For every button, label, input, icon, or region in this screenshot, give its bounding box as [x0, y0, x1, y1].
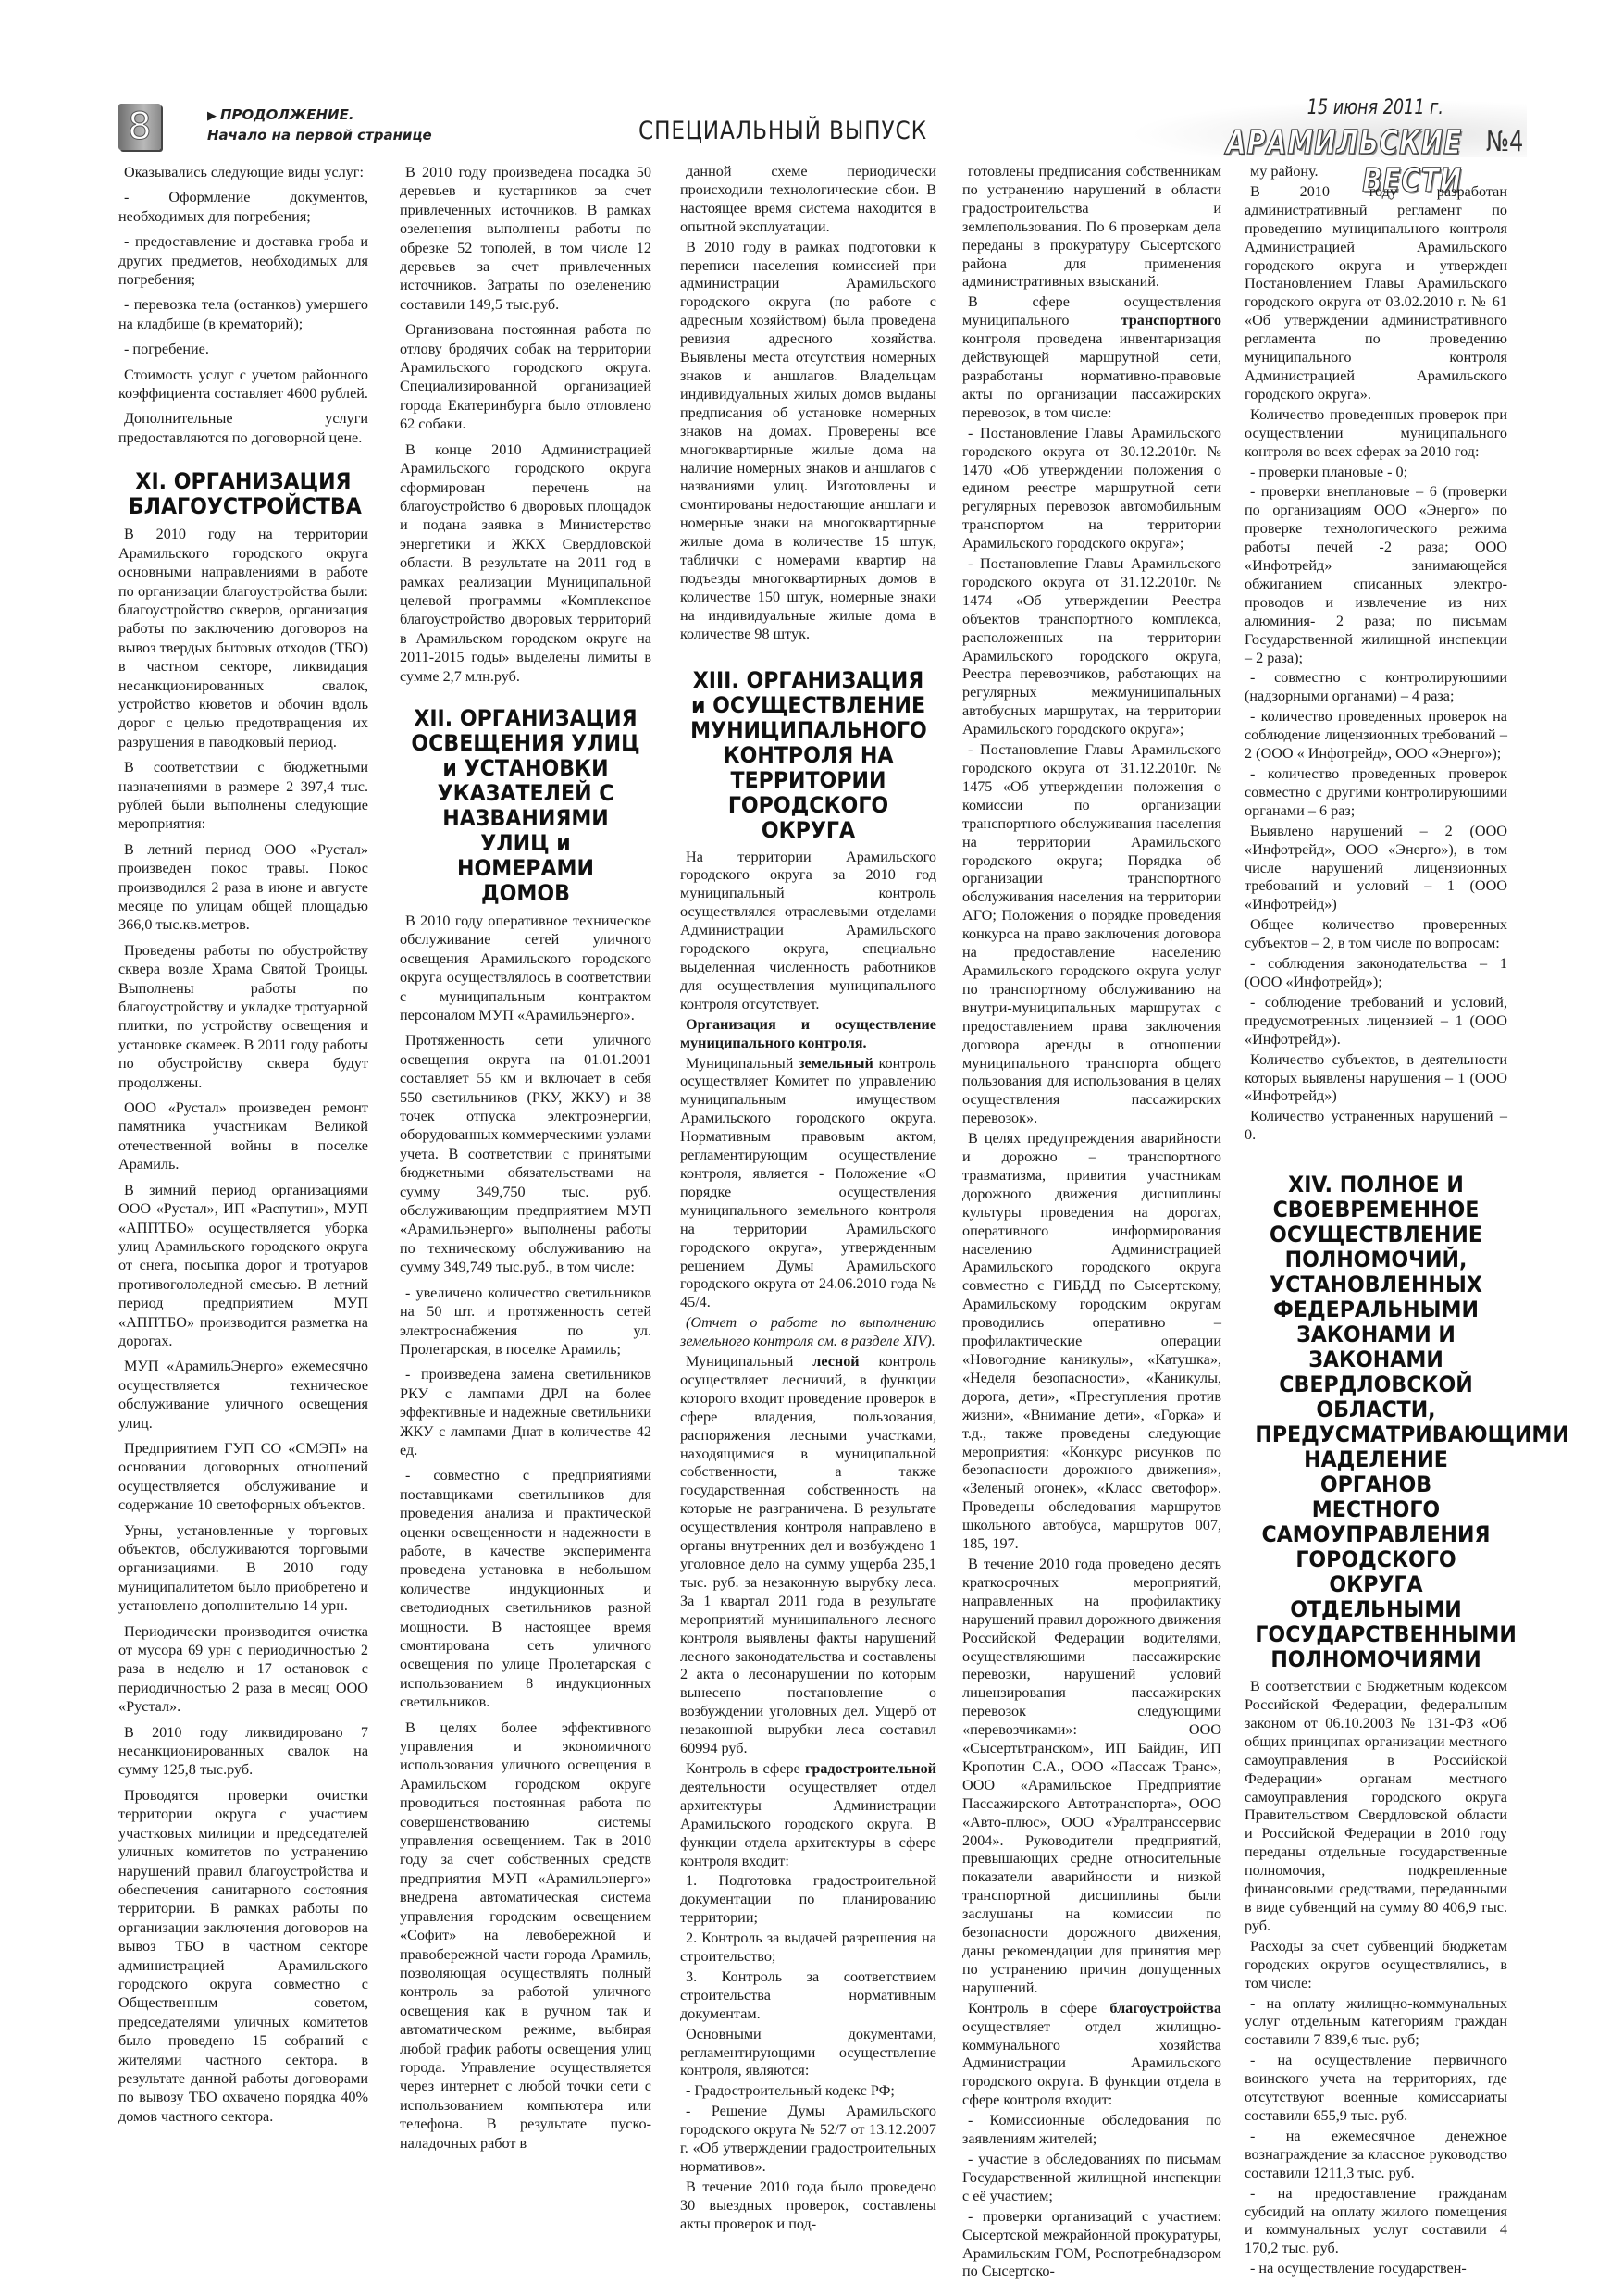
paragraph: Дополнительные услуги предоставляются по…	[118, 409, 368, 447]
column-4: готовлены предписания собственникам по у…	[962, 163, 1221, 2283]
continuation-note: ▶ПРОДОЛЖЕНИЕ. Начало на первой странице	[207, 105, 432, 144]
paragraph: Проводятся проверки очистки территории о…	[118, 1786, 368, 2126]
paragraph: Оказывались следующие виды услуг:	[118, 163, 368, 181]
paragraph: В летний период ООО «Рустал» произведен …	[118, 840, 368, 935]
paragraph: - проверки плановые - 0;	[1245, 464, 1507, 482]
paragraph: - на оплату жилищно-коммунальных услуг о…	[1245, 1995, 1507, 2051]
paragraph: - проверки организаций с участием: Сысер…	[962, 2208, 1221, 2282]
paragraph: МУП «АрамильЭнерго» ежемесячно осуществл…	[118, 1357, 368, 1433]
section-heading-xii: XII. ОРГАНИЗАЦИЯ ОСВЕЩЕНИЯ УЛИЦ и УСТАНО…	[410, 706, 641, 906]
paragraph-improvement-control: Контроль в сфере благоустройства осущест…	[962, 2000, 1221, 2110]
paragraph: Выявлено нарушений – 2 (ООО «Инфотрейд»,…	[1245, 823, 1507, 915]
paragraph: В зимний период организациями ООО «Руста…	[118, 1181, 368, 1351]
paragraph: В 2010 году оперативное техническое обсл…	[400, 912, 651, 1024]
paragraph: - проверки внеплановые – 6 (проверки по …	[1245, 483, 1507, 667]
section-heading-xiii: XIII. ОРГАНИЗАЦИЯ и ОСУЩЕСТВЛЕНИЕ МУНИЦИ…	[690, 668, 926, 843]
paragraph: - на предоставление гражданам субсидий н…	[1245, 2185, 1507, 2259]
paragraph: данной схеме периодически происходили те…	[680, 163, 936, 237]
paragraph: - Решение Думы Арамильского городского о…	[680, 2103, 936, 2177]
paragraph: Предприятием ГУП СО «СМЭП» на основании …	[118, 1439, 368, 1515]
paragraph-transport-control: В сфере осуществления муниципального тра…	[962, 293, 1221, 422]
paragraph-forest-control: Муниципальный лесной контроль осуществля…	[680, 1353, 936, 1758]
column-2: В 2010 году произведена посадка 50 дерев…	[400, 163, 651, 2159]
paragraph: В целях предупреждения аварийности и дор…	[962, 1130, 1221, 1554]
column-3: данной схеме периодически происходили те…	[680, 163, 936, 2236]
paragraph: Протяженность сети уличного освещения ок…	[400, 1031, 651, 1276]
paragraph: Расходы за счет субвенций бюджетам город…	[1245, 1938, 1507, 1993]
paragraph: Количество проведенных проверок при осущ…	[1245, 406, 1507, 462]
paragraph: - Постановление Главы Арамильского город…	[962, 425, 1221, 553]
column-1: Оказывались следующие виды услуг: - Офор…	[118, 163, 368, 2132]
paragraph: Проведены работы по обустройству сквера …	[118, 941, 368, 1092]
paragraph: В 2010 году произведена посадка 50 дерев…	[400, 163, 651, 314]
issue-number: №4	[1486, 126, 1523, 158]
paragraph: В целях более эффективного управления и …	[400, 1719, 651, 2153]
paragraph: На территории Арамильского городского ок…	[680, 849, 936, 1014]
paragraph: Урны, установленные у торговых объектов,…	[118, 1521, 368, 1616]
paragraph: - Градостроительный кодекс РФ;	[680, 2082, 936, 2101]
paragraph: - предоставление и доставка гроба и друг…	[118, 232, 368, 289]
paragraph: 3. Контроль за соответствием строительст…	[680, 1968, 936, 2024]
paragraph: Организована постоянная работа по отлову…	[400, 320, 651, 433]
paragraph: В соответствии с Бюджетным кодексом Росс…	[1245, 1678, 1507, 1936]
paragraph: ООО «Рустал» произведен ремонт памятника…	[118, 1098, 368, 1174]
paragraph: В соответствии с бюджетными назначениями…	[118, 758, 368, 834]
paragraph: - совместно с предприятиями поставщиками…	[400, 1466, 651, 1711]
paragraph-urban-control: Контроль в сфере градостроительной деяте…	[680, 1760, 936, 1870]
subheading: Организация и осуществление муниципально…	[680, 1016, 936, 1053]
paragraph: В конце 2010 Администрацией Арамильского…	[400, 441, 651, 686]
paragraph: Количество субъектов, в деятельности кот…	[1245, 1051, 1507, 1107]
paragraph-note: (Отчет о работе по выполнению земельного…	[680, 1314, 936, 1351]
continuation-subtitle: Начало на первой странице	[207, 126, 432, 144]
paragraph: - количество проведенных проверок совмес…	[1245, 765, 1507, 821]
paragraph: В 2010 году разработан административный …	[1245, 183, 1507, 404]
section-title: СПЕЦИАЛЬНЫЙ ВЫПУСК	[638, 117, 927, 145]
paragraph: - Комиссионные обследования по заявления…	[962, 2112, 1221, 2149]
paragraph: - погребение.	[118, 340, 368, 358]
paragraph: 1. Подготовка градостроительной документ…	[680, 1872, 936, 1928]
paragraph: - на осуществление государствен-	[1245, 2260, 1507, 2278]
paragraph: - количество проведенных проверок на соб…	[1245, 708, 1507, 763]
paragraph: Основными документами, регламентирующими…	[680, 2026, 936, 2081]
page-number: 8	[118, 104, 161, 150]
paragraph: - Постановление Главы Арамильского город…	[962, 555, 1221, 739]
paragraph: Стоимость услуг с учетом районного коэфф…	[118, 366, 368, 403]
paragraph: В 2010 году в рамках подготовки к перепи…	[680, 239, 936, 644]
column-5: му району. В 2010 году разработан админи…	[1245, 163, 1507, 2280]
paragraph: - совместно с контролирующими (надзорным…	[1245, 669, 1507, 706]
page-number-badge: 8	[118, 104, 161, 150]
masthead: 15 июня 2011 г. АРАМИЛЬСКИЕ ВЕСТИ №4	[1129, 100, 1527, 157]
section-heading-xiv: XIV. ПОЛНОЕ И СВОЕВРЕМЕННОЕ ОСУЩЕСТВЛЕНИ…	[1255, 1173, 1496, 1672]
continuation-title: ПРОДОЛЖЕНИЕ.	[220, 106, 354, 123]
paragraph: В 2010 году ликвидировано 7 несанкционир…	[118, 1723, 368, 1780]
issue-date: 15 июня 2011 г.	[1307, 96, 1443, 119]
paragraph: готовлены предписания собственникам по у…	[962, 163, 1221, 292]
paragraph: Количество устраненных нарушений – 0.	[1245, 1108, 1507, 1145]
paragraph: - Оформление документов, необходимых для…	[118, 188, 368, 226]
paragraph: Периодически производится очистка от мус…	[118, 1622, 368, 1717]
paragraph-land-control: Муниципальный земельный контроль осущест…	[680, 1055, 936, 1313]
paragraph: - на ежемесячное денежное вознаграждение…	[1245, 2128, 1507, 2183]
paragraph: 2. Контроль за выдачей разрешения на стр…	[680, 1930, 936, 1967]
section-heading-xi: XI. ОРГАНИЗАЦИЯ БЛАГОУСТРОЙСТВА	[129, 469, 358, 519]
paragraph: - соблюдение требований и условий, преду…	[1245, 994, 1507, 1049]
paragraph: Общее количество проверенных субъектов –…	[1245, 916, 1507, 953]
paragraph: - произведена замена светильников РКУ с …	[400, 1365, 651, 1459]
paragraph: - перевозка тела (останков) умершего на …	[118, 295, 368, 333]
paragraph: - увеличено количество светильников на 5…	[400, 1284, 651, 1359]
paragraph: В течение 2010 года было проведено 30 вы…	[680, 2178, 936, 2234]
paragraph: - соблюдения законодательства – 1 (ООО «…	[1245, 955, 1507, 992]
paragraph: му району.	[1245, 163, 1507, 181]
newspaper-page: 8 ▶ПРОДОЛЖЕНИЕ. Начало на первой страниц…	[0, 0, 1623, 2296]
paragraph: - участие в обследованиях по письмам Гос…	[962, 2151, 1221, 2206]
paragraph: В течение 2010 года проведено десять кра…	[962, 1556, 1221, 1998]
paragraph: В 2010 году на территории Арамильского г…	[118, 525, 368, 751]
paragraph: - Постановление Главы Арамильского город…	[962, 741, 1221, 1128]
page-header: 8 ▶ПРОДОЛЖЕНИЕ. Начало на первой страниц…	[111, 100, 1527, 157]
arrow-right-icon: ▶	[207, 109, 217, 123]
paragraph: - на осуществление первичного воинского …	[1245, 2052, 1507, 2126]
